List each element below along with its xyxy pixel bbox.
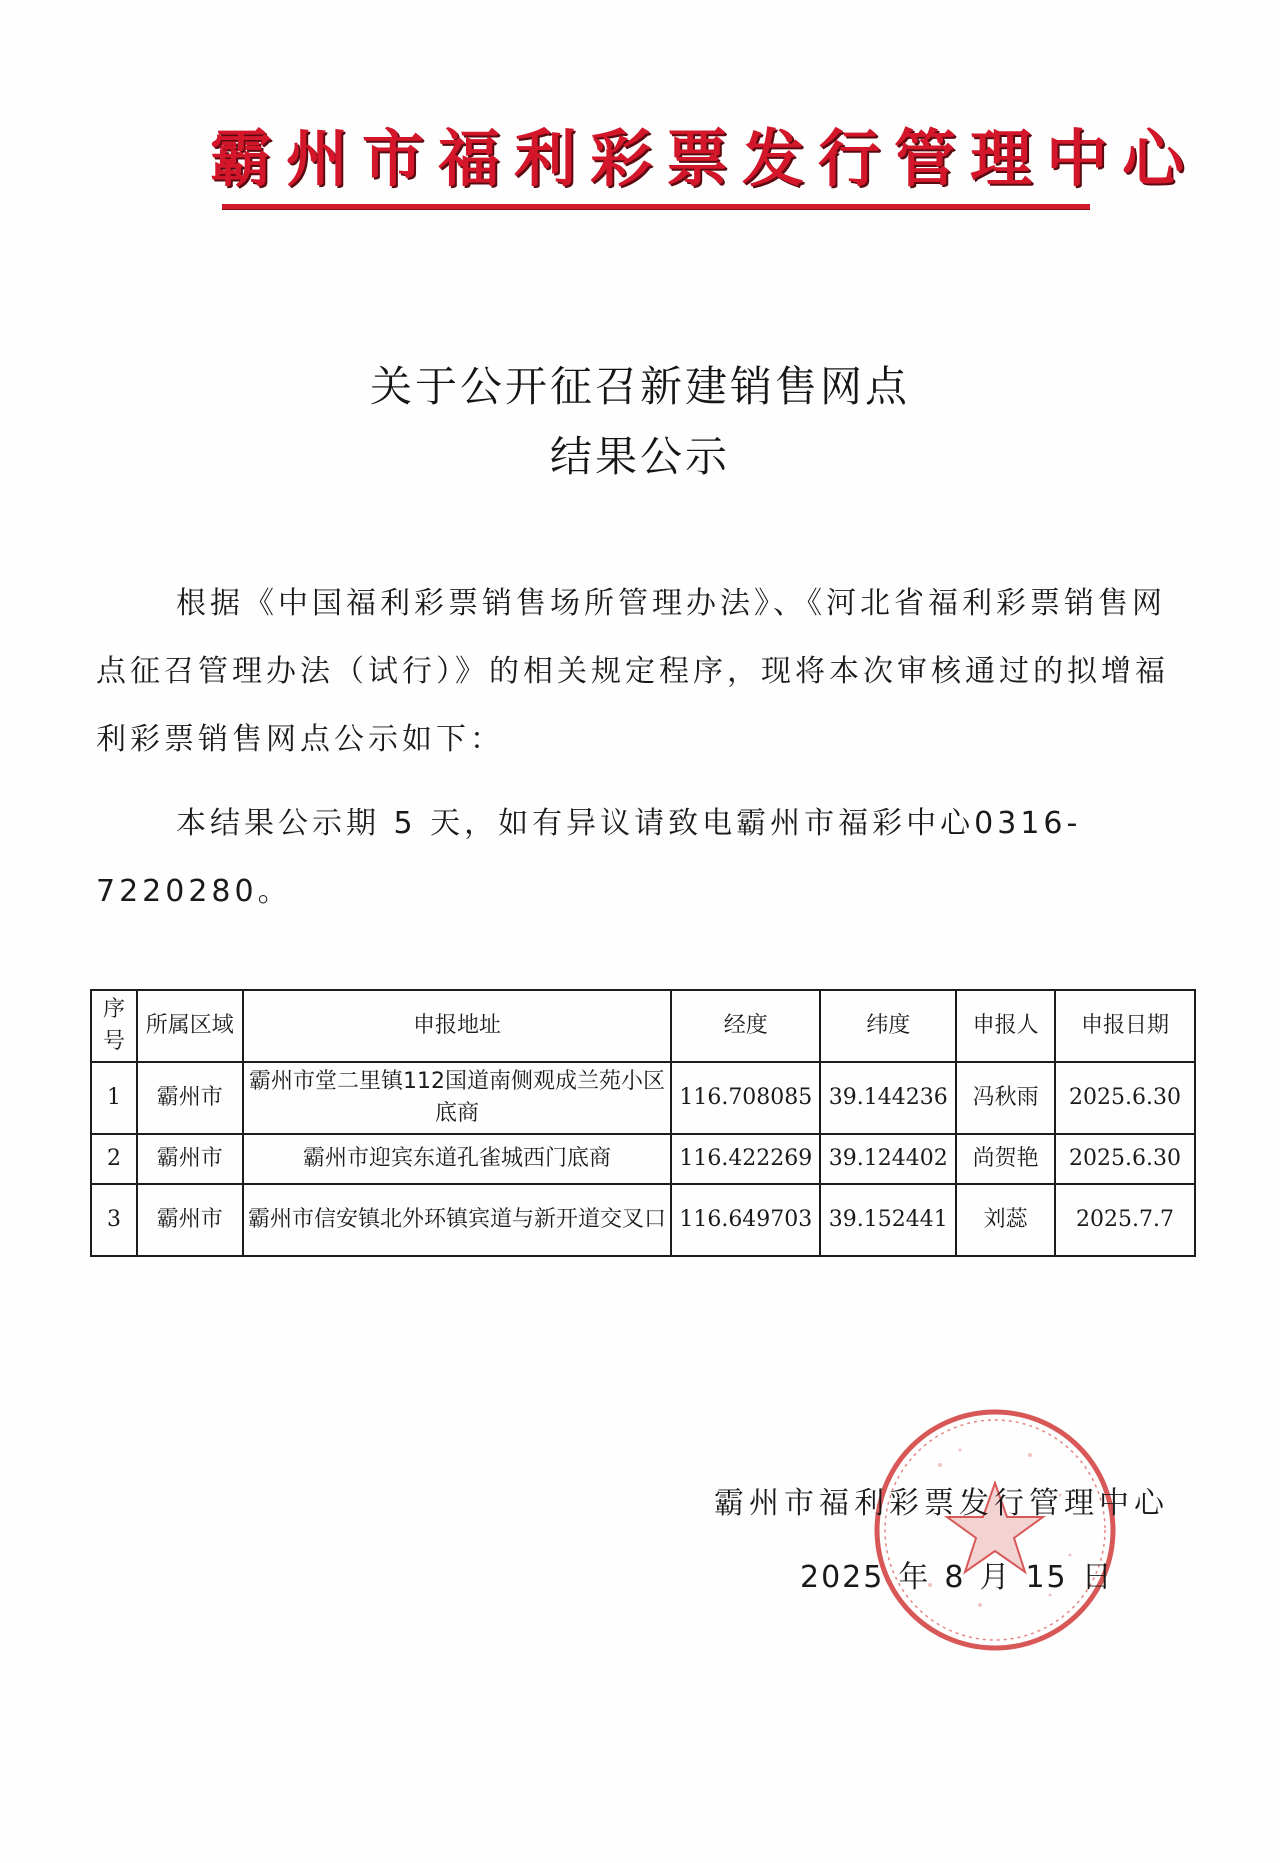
letterhead-org-name: 霸州市福利彩票发行管理中心 xyxy=(210,128,1090,190)
cell-applicant: 尚贺艳 xyxy=(956,1134,1055,1184)
cell-latitude: 39.124402 xyxy=(820,1134,956,1184)
date-year: 2025 xyxy=(800,1560,884,1595)
header-longitude: 经度 xyxy=(671,990,820,1062)
table-row: 3 霸州市 霸州市信安镇北外环镇宾道与新开道交叉口 116.649703 39.… xyxy=(91,1184,1195,1256)
date-day-unit: 日 xyxy=(1082,1560,1114,1595)
header-serial-number: 序号 xyxy=(91,990,137,1062)
header-address: 申报地址 xyxy=(243,990,672,1062)
cell-applicant: 冯秋雨 xyxy=(956,1062,1055,1134)
signature-date: 2025年8月15日 xyxy=(800,1552,1128,1596)
cell-apply-date: 2025.6.30 xyxy=(1055,1062,1195,1134)
header-area: 所属区域 xyxy=(137,990,243,1062)
cell-area: 霸州市 xyxy=(137,1184,243,1256)
document-page: 霸州市福利彩票发行管理中心 关于公开征召新建销售网点 结果公示 根据《中国福利彩… xyxy=(0,0,1280,1863)
date-month: 8 xyxy=(944,1560,965,1595)
cell-address: 霸州市信安镇北外环镇宾道与新开道交叉口 xyxy=(243,1184,672,1256)
paragraph-text: 根据《中国福利彩票销售场所管理办法》、《河北省福利彩票销售网点征召管理办法（试行… xyxy=(96,586,1169,757)
paragraph-text: 本结果公示期 5 天，如有异议请致电霸州市福彩中心0316-7220280。 xyxy=(96,806,1081,909)
cell-latitude: 39.152441 xyxy=(820,1184,956,1256)
table-row: 2 霸州市 霸州市迎宾东道孔雀城西门底商 116.422269 39.12440… xyxy=(91,1134,1195,1184)
header-apply-date: 申报日期 xyxy=(1055,990,1195,1062)
header-latitude: 纬度 xyxy=(820,990,956,1062)
date-day: 15 xyxy=(1025,1560,1067,1595)
document-title-line2: 结果公示 xyxy=(0,436,1280,478)
cell-apply-date: 2025.6.30 xyxy=(1055,1134,1195,1184)
cell-latitude: 39.144236 xyxy=(820,1062,956,1134)
header-applicant: 申报人 xyxy=(956,990,1055,1062)
table-header-row: 序号 所属区域 申报地址 经度 纬度 申报人 申报日期 xyxy=(91,990,1195,1062)
cell-serial-number: 2 xyxy=(91,1134,137,1184)
cell-longitude: 116.422269 xyxy=(671,1134,820,1184)
date-month-unit: 月 xyxy=(979,1560,1011,1595)
cell-serial-number: 1 xyxy=(91,1062,137,1134)
cell-address: 霸州市迎宾东道孔雀城西门底商 xyxy=(243,1134,672,1184)
table-row: 1 霸州市 霸州市堂二里镇112国道南侧观成兰苑小区底商 116.708085 … xyxy=(91,1062,1195,1134)
cell-longitude: 116.649703 xyxy=(671,1184,820,1256)
cell-area: 霸州市 xyxy=(137,1134,243,1184)
official-seal-icon xyxy=(870,1405,1120,1655)
body-paragraph-legal-basis: 根据《中国福利彩票销售场所管理办法》、《河北省福利彩票销售网点征召管理办法（试行… xyxy=(96,570,1192,774)
body-paragraph-objection-notice: 本结果公示期 5 天，如有异议请致电霸州市福彩中心0316-7220280。 xyxy=(96,790,1192,926)
cell-address: 霸州市堂二里镇112国道南侧观成兰苑小区底商 xyxy=(243,1062,672,1134)
cell-area: 霸州市 xyxy=(137,1062,243,1134)
letterhead-red-rule xyxy=(222,204,1090,210)
document-title-line1: 关于公开征召新建销售网点 xyxy=(0,366,1280,408)
sales-outlet-table-container: 序号 所属区域 申报地址 经度 纬度 申报人 申报日期 1 霸州市 霸州市堂二里… xyxy=(90,989,1196,1257)
cell-longitude: 116.708085 xyxy=(671,1062,820,1134)
cell-applicant: 刘蕊 xyxy=(956,1184,1055,1256)
sales-outlet-table: 序号 所属区域 申报地址 经度 纬度 申报人 申报日期 1 霸州市 霸州市堂二里… xyxy=(90,989,1196,1257)
cell-serial-number: 3 xyxy=(91,1184,137,1256)
date-year-unit: 年 xyxy=(898,1560,930,1595)
cell-apply-date: 2025.7.7 xyxy=(1055,1184,1195,1256)
signature-org-name: 霸州市福利彩票发行管理中心 xyxy=(714,1478,1169,1522)
